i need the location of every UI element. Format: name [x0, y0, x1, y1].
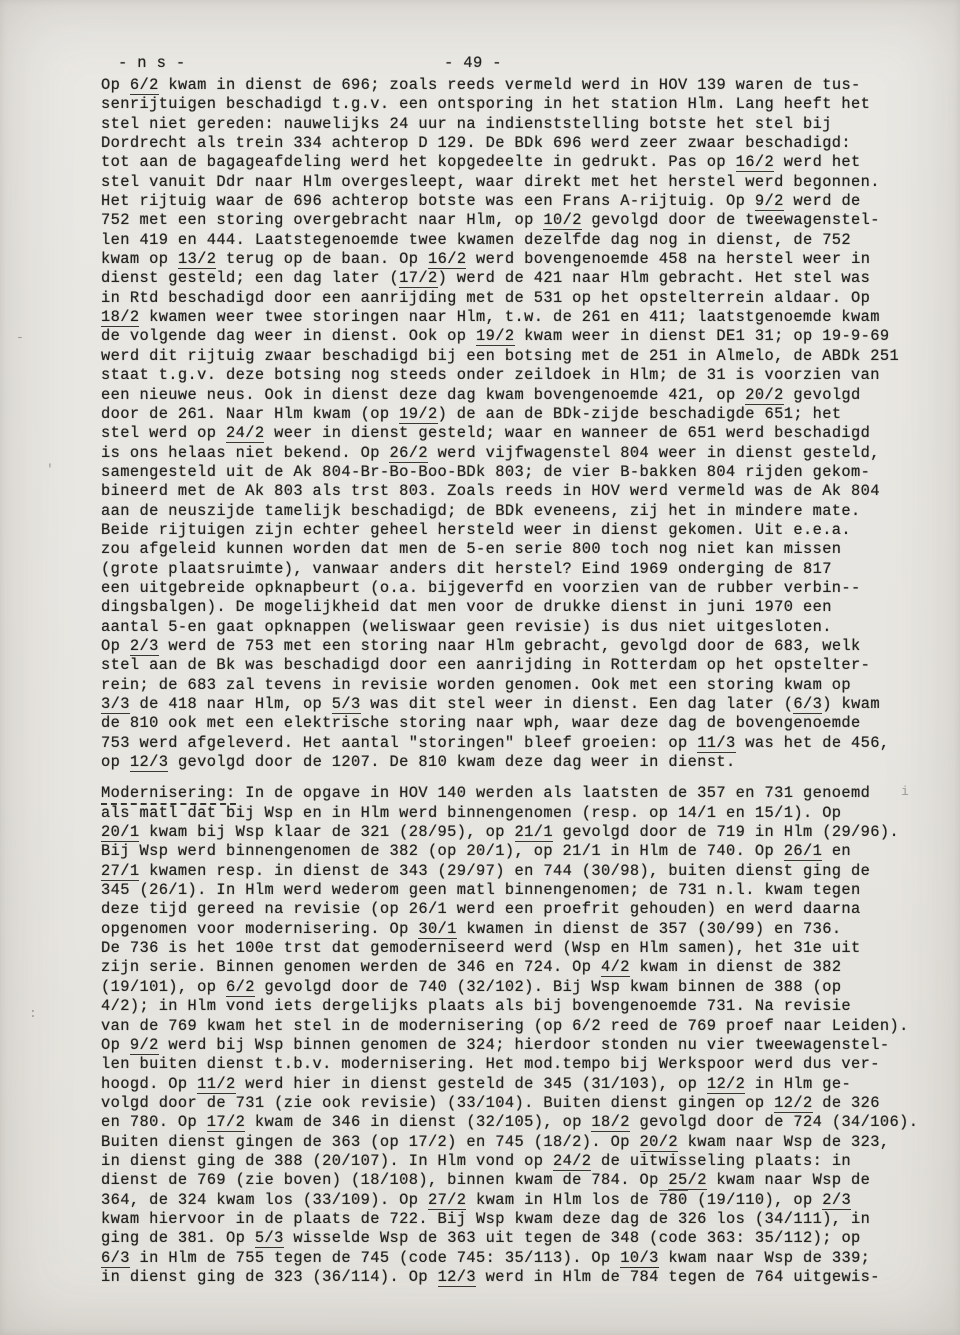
- underlined-date: 11/2: [197, 1075, 235, 1094]
- overlined-number: 780: [659, 1190, 688, 1209]
- text-line: stel vanuit Ddr naar Hlm overgesleept, w…: [101, 173, 941, 192]
- underlined-date: 16/2: [736, 153, 774, 172]
- underlined-date: 25/2: [668, 1171, 706, 1190]
- text-line: op 12/3 gevolgd door de 1207. De 810 kwa…: [101, 753, 941, 772]
- text-line: opgenomen voor modernisering. Op 30/1 kw…: [101, 920, 941, 939]
- document-body: Op 6/2 kwam in dienst de 696; zoals reed…: [101, 76, 941, 1287]
- underlined-date: 17/2: [207, 1113, 245, 1132]
- text-line: Bij Wsp werd binnengenomen de 382 (op 20…: [101, 842, 941, 861]
- underlined-date: 11/3: [697, 734, 735, 753]
- text-line: kwam hiervoor in de plaats de 722. Bij W…: [101, 1210, 941, 1229]
- text-line: en 780. Op 17/2 kwam de 346 in dienst (3…: [101, 1113, 941, 1132]
- underlined-date: 4/2: [601, 958, 630, 977]
- underlined-date: 18/2: [591, 1113, 629, 1132]
- text-line: de volgende dag weer in dienst. Ook op 1…: [101, 327, 941, 346]
- text-line: 20/1 kwam bij Wsp klaar de 321 (28/95), …: [101, 823, 941, 842]
- underlined-date: 24/2: [553, 1152, 591, 1171]
- text-line: in dienst ging de 388 (20/107). In Hlm v…: [101, 1152, 941, 1171]
- text-line: Modernisering: In de opgave in HOV 140 w…: [101, 784, 941, 803]
- text-line: Dordrecht als trein 334 achterop D 129. …: [101, 134, 941, 153]
- document-page: - n s - - 49 - Op 6/2 kwam in dienst de …: [0, 0, 960, 1335]
- underlined-date: 27/1: [101, 862, 139, 881]
- underlined-date: 17/2: [399, 269, 437, 288]
- text-line: (19/101), op 6/2 gevolgd door de 740 (32…: [101, 978, 941, 997]
- underlined-date: 26/1: [784, 842, 822, 861]
- underlined-date: 6/2: [226, 978, 255, 997]
- text-line: len buiten dienst t.b.v. modernisering. …: [101, 1055, 941, 1074]
- text-line: 27/1 kwamen resp. in dienst de 343 (29/9…: [101, 862, 941, 881]
- text-line: 345 (26/1). In Hlm werd wederom geen mat…: [101, 881, 941, 900]
- underlined-date: 16/2: [428, 250, 466, 269]
- text-line: Op 9/2 werd bij Wsp binnen genomen de 32…: [101, 1036, 941, 1055]
- text-line: hoogd. Op 11/2 werd hier in dienst geste…: [101, 1075, 941, 1094]
- underlined-date: 5/3: [332, 695, 361, 714]
- text-line: 6/3 in Hlm de 755 tegen de 745 (code 745…: [101, 1249, 941, 1268]
- text-line: 752 met een storing overgebracht naar Hl…: [101, 211, 941, 230]
- text-line: dingsbalgen). De mogelijkheid dat men vo…: [101, 598, 941, 617]
- section-heading: Modernisering:: [101, 784, 236, 805]
- text-line: door de 261. Naar Hlm kwam (op 19/2) de …: [101, 405, 941, 424]
- underlined-date: 12/3: [130, 753, 168, 772]
- text-line: stel niet gereden: nauwelijks 24 uur na …: [101, 115, 941, 134]
- underlined-date: 20/2: [745, 386, 783, 405]
- text-line: werd dit rijtuig zwaar beschadigd bij ee…: [101, 347, 941, 366]
- text-line: van de 769 kwam het stel in de modernise…: [101, 1017, 941, 1036]
- text-line: Het rijtuig waar de 696 achterop botste …: [101, 192, 941, 211]
- underlined-date: 5/3: [255, 1229, 284, 1248]
- underlined-date: 12/2: [707, 1075, 745, 1094]
- underlined-date: 21/1: [515, 823, 553, 842]
- text-line: in dienst ging de 323 (36/114). Op 12/3 …: [101, 1268, 941, 1287]
- text-line: de 810 ook met een elektrische storing n…: [101, 714, 941, 733]
- text-line: stel werd op 24/2 weer in dienst gesteld…: [101, 424, 941, 443]
- text-line: aantal 5-en gaat opknappen (weliswaar ge…: [101, 618, 941, 637]
- page-number: - 49 -: [444, 54, 502, 72]
- text-line: Op 6/2 kwam in dienst de 696; zoals reed…: [101, 76, 941, 95]
- text-line: rein; de 683 zal tevens in revisie worde…: [101, 676, 941, 695]
- underlined-date: 10/3: [620, 1249, 658, 1268]
- underlined-date: 6/3: [101, 1249, 130, 1268]
- underlined-date: 12/3: [438, 1268, 476, 1287]
- header-left: - n s -: [118, 54, 186, 72]
- text-line: dienst gesteld; een dag later (17/2) wer…: [101, 269, 941, 288]
- text-line: kwam op 13/2 terug op de baan. Op 16/2 w…: [101, 250, 941, 269]
- text-line: zijn serie. Binnen genomen werden de 346…: [101, 958, 941, 977]
- text-line: is ons helaas niet bekend. Op 26/2 werd …: [101, 444, 941, 463]
- underlined-date: 6/3: [793, 695, 822, 714]
- text-line: 18/2 kwamen weer twee storingen naar Hlm…: [101, 308, 941, 327]
- text-line: samengesteld uit de Ak 804-Br-Bo-Boo-BDk…: [101, 463, 941, 482]
- text-line: (grote plaatsruimte), vanwaar anders dit…: [101, 560, 941, 579]
- text-line: als matl dat bij Wsp en in Hlm werd binn…: [101, 804, 941, 823]
- underlined-date: 19/2: [476, 327, 514, 346]
- underlined-date: 26/2: [389, 444, 427, 463]
- text-line: senrijtuigen beschadigd t.g.v. een ontsp…: [101, 95, 941, 114]
- scan-artifact: -: [16, 330, 24, 345]
- underlined-date: 3/3: [101, 695, 130, 714]
- text-line: aan de neuszijde tamelijk beschadigd; de…: [101, 502, 941, 521]
- underlined-date: 20/2: [640, 1133, 678, 1152]
- text-line: 3/3 de 418 naar Hlm, op 5/3 was dit stel…: [101, 695, 941, 714]
- paragraph-modernisering: Modernisering: In de opgave in HOV 140 w…: [101, 784, 941, 1287]
- scan-artifact: :: [29, 1006, 37, 1021]
- text-line: een uitgebreide opknapbeurt (o.a. bijgev…: [101, 579, 941, 598]
- text-line: zou afgeleid kunnen worden dat men de 5-…: [101, 540, 941, 559]
- text-line: Buiten dienst gingen de 363 (op 17/2) en…: [101, 1133, 941, 1152]
- underlined-date: 10/2: [543, 211, 581, 230]
- text-line: len 419 en 444. Laatstegenoemde twee kwa…: [101, 231, 941, 250]
- text-line: Beide rijtuigen zijn echter geheel herst…: [101, 521, 941, 540]
- text-line: dienst de 769 (zie boven) (18/108), binn…: [101, 1171, 941, 1190]
- underlined-date: 19/2: [399, 405, 437, 424]
- scan-artifact: i: [901, 784, 909, 799]
- underlined-date: 2/3: [130, 637, 159, 656]
- overlined-number: 784: [630, 1267, 659, 1286]
- underlined-date: 24/2: [226, 424, 264, 443]
- text-line: staat t.g.v. deze botsing nog steeds ond…: [101, 366, 941, 385]
- paragraph-storingen-report: Op 6/2 kwam in dienst de 696; zoals reed…: [101, 76, 941, 772]
- underlined-date: 13/2: [178, 250, 216, 269]
- text-line: 364, de 324 kwam los (33/109). Op 27/2 k…: [101, 1191, 941, 1210]
- text-line: 4/2); in Hlm vond iets dergelijks plaats…: [101, 997, 941, 1016]
- text-line: tot aan de bagageafdeling werd het kopge…: [101, 153, 941, 172]
- text-line: een nieuwe neus. Ook in dienst deze dag …: [101, 386, 941, 405]
- underlined-date: 20/1: [101, 823, 139, 842]
- text-line: in Rtd beschadigd door een aanrijding me…: [101, 289, 941, 308]
- text-line: De 736 is het 100e trst dat gemodernisee…: [101, 939, 941, 958]
- underlined-date: 12/2: [774, 1094, 812, 1113]
- text-line: volgd door de 731 (zie ook revisie) (33/…: [101, 1094, 941, 1113]
- underlined-date: 9/2: [755, 192, 784, 211]
- underlined-date: 9/2: [130, 1036, 159, 1055]
- scan-artifact: ': [46, 462, 54, 477]
- text-line: 753 werd afgeleverd. Het aantal "storing…: [101, 734, 941, 753]
- text-line: stel aan de Bk was beschadigd door een a…: [101, 656, 941, 675]
- text-line: deze tijd gereed na revisie (op 26/1 wer…: [101, 900, 941, 919]
- underlined-date: 27/2: [428, 1191, 466, 1210]
- underlined-date: 2/3: [822, 1191, 851, 1210]
- text-line: ging de 381. Op 5/3 wisselde Wsp de 363 …: [101, 1229, 941, 1248]
- underlined-date: 30/1: [418, 920, 456, 939]
- text-line: Op 2/3 werd de 753 met een storing naar …: [101, 637, 941, 656]
- underlined-date: 18/2: [101, 308, 139, 327]
- text-line: bineerd met de Ak 803 als trst 803. Zoal…: [101, 482, 941, 501]
- underlined-date: 6/2: [130, 76, 159, 95]
